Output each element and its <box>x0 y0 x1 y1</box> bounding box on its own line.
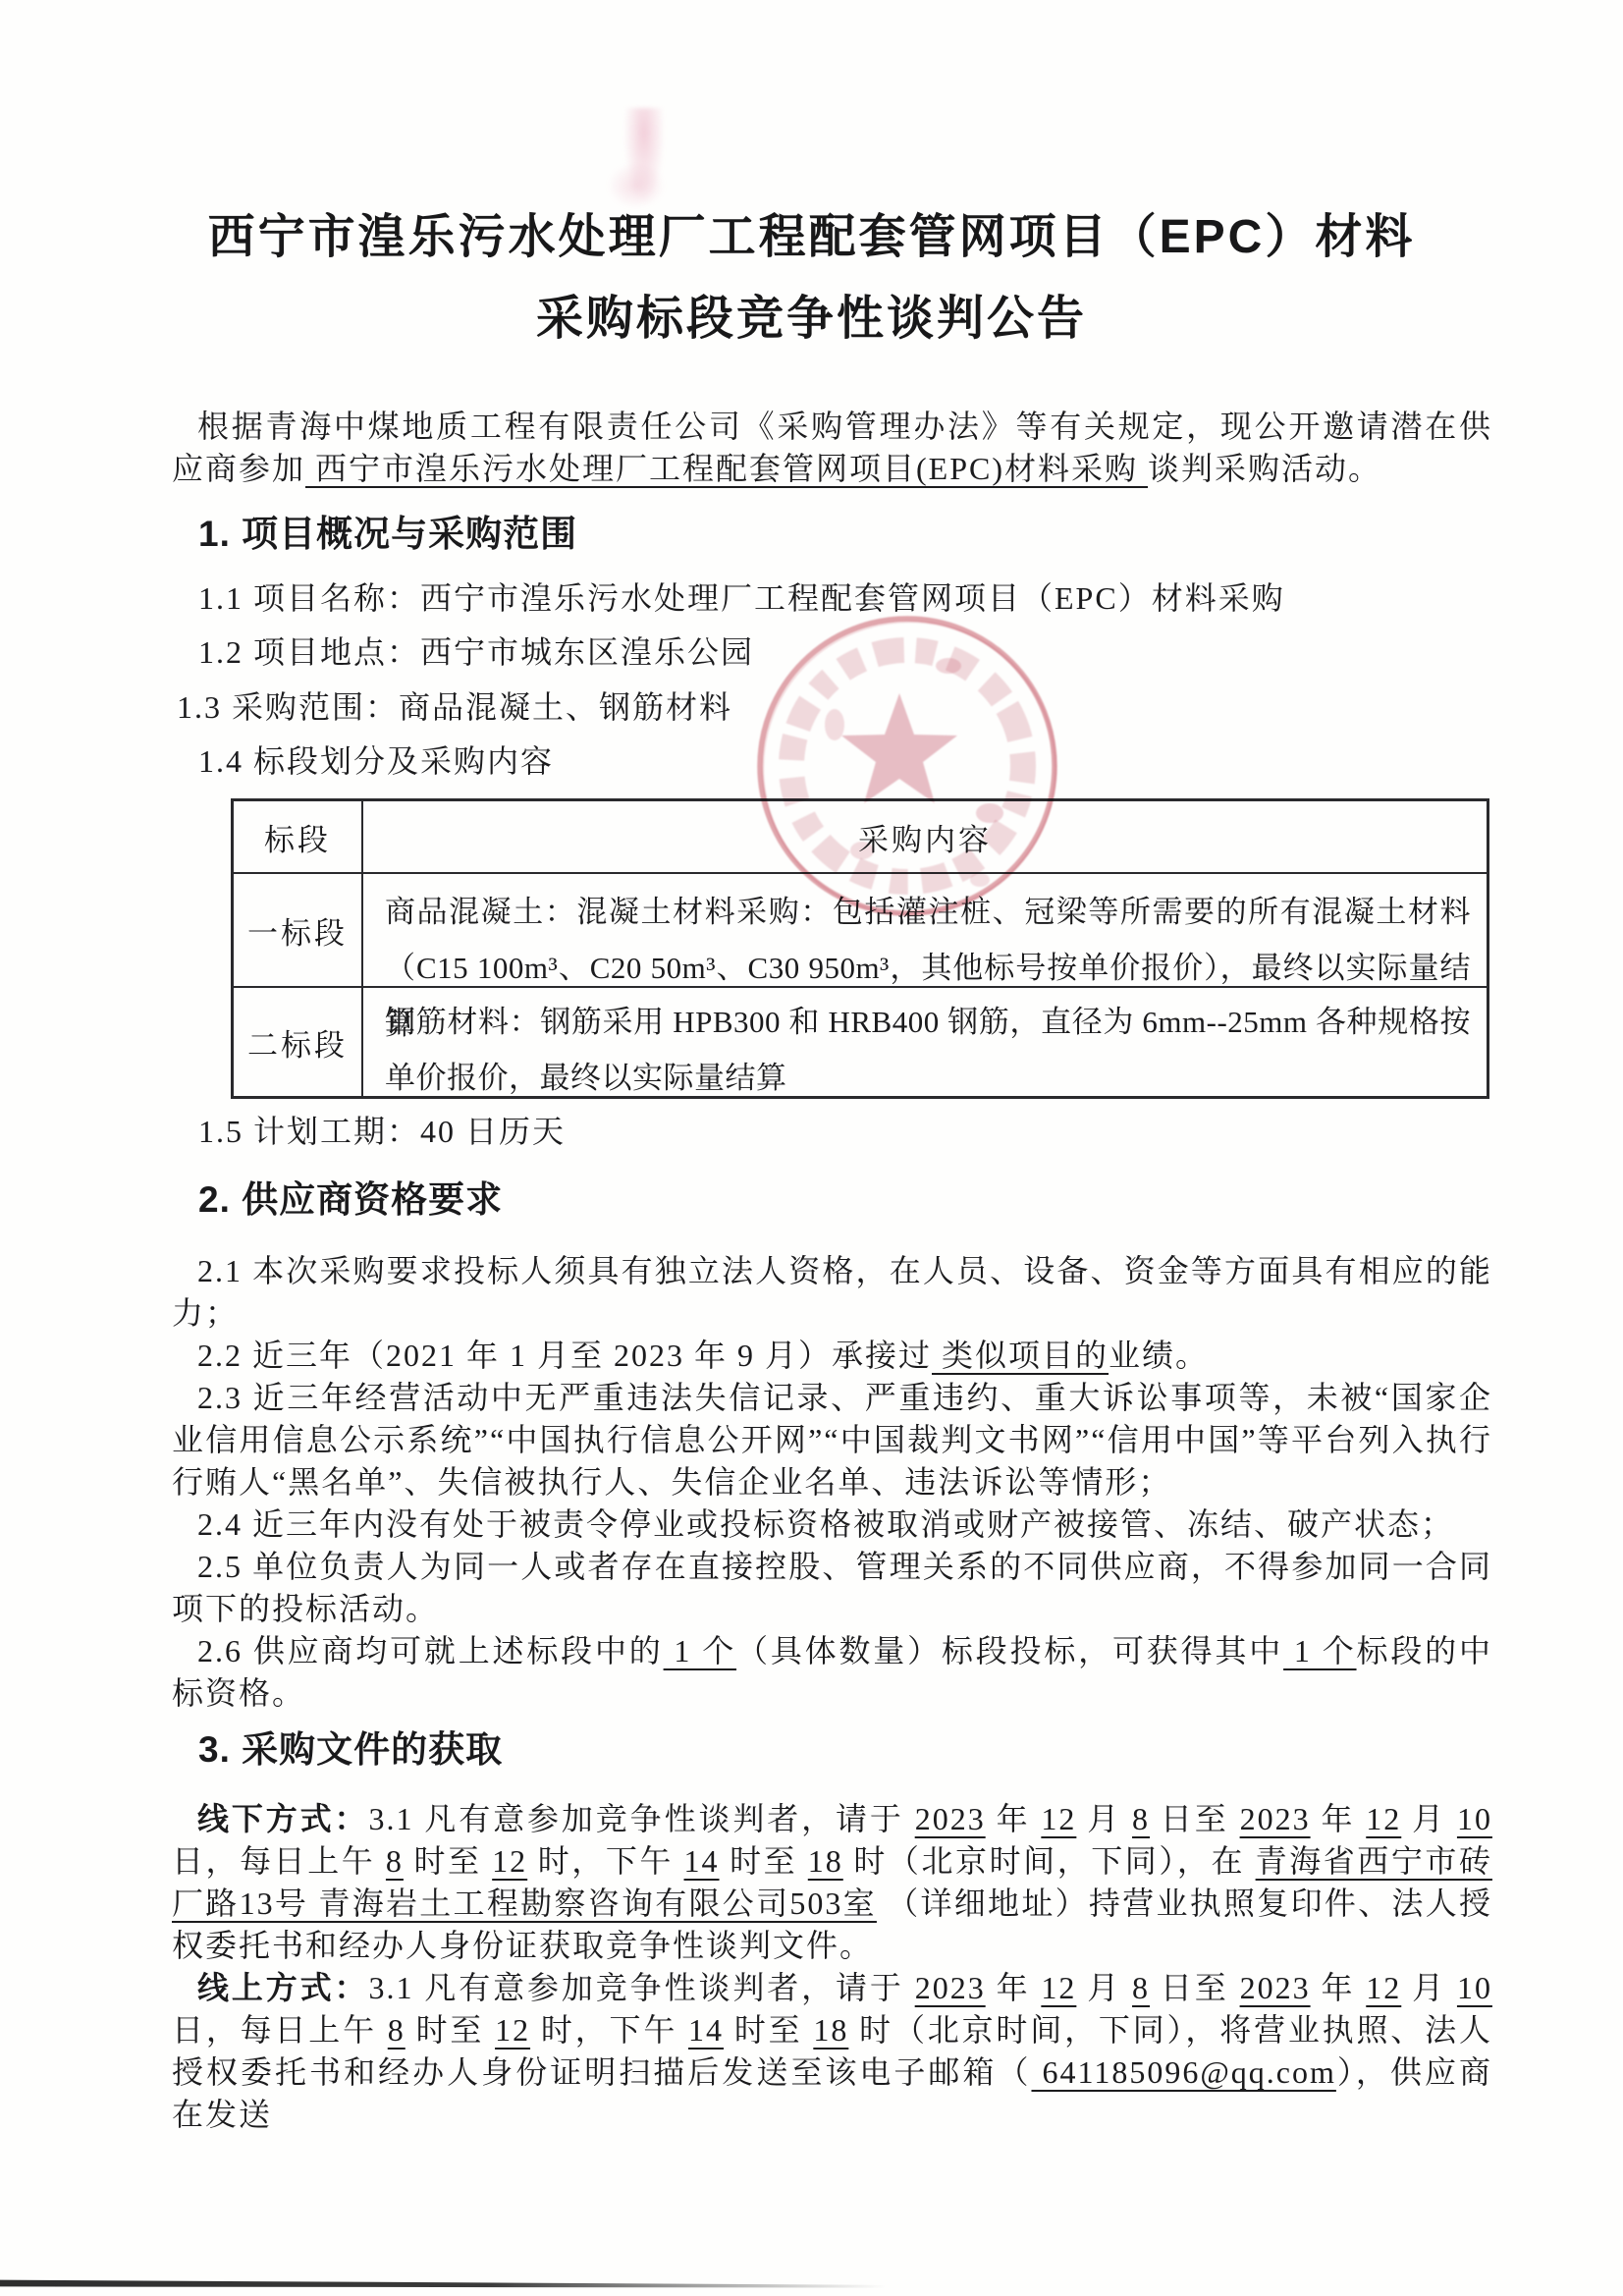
underlined-text: 1 个 <box>664 1633 736 1668</box>
section-2-body: 2.1 本次采购要求投标人须具有独立法人资格，在人员、设备、资金等方面具有相应的… <box>172 1250 1492 1715</box>
text-segment: 月 <box>1076 1801 1132 1836</box>
text-segment: 2.6 供应商均可就上述标段中的 <box>197 1633 664 1668</box>
section-3-heading: 3. 采购文件的获取 <box>172 1727 1492 1773</box>
section-3-body: 线下方式：3.1 凡有意参加竞争性谈判者，请于 2023 年 12 月 8 日至… <box>172 1798 1492 2136</box>
item-project-name: 1.1 项目名称：西宁市湟乐污水处理厂工程配套管网项目（EPC）材料采购 <box>172 577 1492 620</box>
underlined-text: 12 <box>1041 1970 1076 2005</box>
underlined-text: 8 <box>1132 1970 1150 2005</box>
section-1-heading: 1. 项目概况与采购范围 <box>172 512 1492 557</box>
underlined-text: 10 <box>1457 1801 1492 1836</box>
underlined-text: 2023 <box>1240 1970 1311 2005</box>
text-segment: 日，每日上午 <box>172 2012 388 2048</box>
underlined-text: 12 <box>495 2012 530 2048</box>
document-title-line2: 采购标段竞争性谈判公告 <box>0 290 1623 349</box>
text-segment: 线下方式： <box>197 1801 368 1836</box>
text-segment: 日至 <box>1150 1801 1240 1836</box>
text-segment: 时，下午 <box>530 2012 688 2048</box>
text-segment: 月 <box>1076 1970 1132 2005</box>
text-segment: 线上方式： <box>197 1970 368 2005</box>
text-segment: 时（北京时间，下同），在 <box>843 1843 1256 1879</box>
underlined-text: 12 <box>1041 1801 1076 1836</box>
item-lot-division: 1.4 标段划分及采购内容 <box>172 740 1492 783</box>
underlined-text: 2023 <box>1240 1801 1311 1836</box>
pink-ink-smudge <box>622 108 666 206</box>
text-segment: 业绩。 <box>1109 1338 1209 1373</box>
table-header-content: 采购内容 <box>363 801 1487 874</box>
text-segment: 月 <box>1401 1970 1457 2005</box>
qualification-paragraph-2-3: 2.3 近三年经营活动中无严重违法失信记录、严重违约、重大诉讼事项等，未被“国家… <box>172 1377 1492 1503</box>
text-segment: 谈判采购活动。 <box>1148 451 1381 486</box>
qualification-paragraph-2-4: 2.4 近三年内没有处于被责令停业或投标资格被取消或财产被接管、冻结、破产状态； <box>172 1503 1492 1546</box>
underlined-text: 10 <box>1457 1970 1492 2005</box>
text-segment: 时至 <box>724 2012 813 2048</box>
text-segment: 时至 <box>406 2012 495 2048</box>
underlined-text: 14 <box>684 1843 720 1879</box>
underlined-text: 12 <box>1366 1801 1401 1836</box>
underlined-text: 18 <box>813 2012 848 2048</box>
text-segment: 2.4 近三年内没有处于被责令停业或投标资格被取消或财产被接管、冻结、破产状态； <box>197 1506 1454 1542</box>
text-segment: 时，下午 <box>527 1843 683 1879</box>
text-segment: 年 <box>1311 1801 1367 1836</box>
text-segment: 月 <box>1401 1801 1457 1836</box>
text-segment: 年 <box>986 1970 1042 2005</box>
text-segment: 2.2 近三年（2021 年 1 月至 2023 年 9 月）承接过 <box>197 1338 932 1373</box>
lot-1-content: 商品混凝土：混凝土材料采购：包括灌注桩、冠梁等所需要的所有混凝土材料（C15 1… <box>363 874 1487 988</box>
lots-table: 标段 采购内容 一标段 商品混凝土：混凝土材料采购：包括灌注桩、冠梁等所需要的所… <box>231 798 1489 1099</box>
underlined-text: 12 <box>1366 1970 1401 2005</box>
qualification-paragraph-2-6: 2.6 供应商均可就上述标段中的 1 个（具体数量）标段投标，可获得其中 1 个… <box>172 1630 1492 1715</box>
text-segment: 时至 <box>720 1843 808 1879</box>
offline-method-paragraph: 线下方式：3.1 凡有意参加竞争性谈判者，请于 2023 年 12 月 8 日至… <box>172 1798 1492 1967</box>
section-2-heading: 2. 供应商资格要求 <box>172 1177 1492 1223</box>
online-method-paragraph: 线上方式：3.1 凡有意参加竞争性谈判者，请于 2023 年 12 月 8 日至… <box>172 1967 1492 2136</box>
underlined-text: 641185096@qq.com <box>1031 2054 1335 2090</box>
underlined-text: 8 <box>1132 1801 1150 1836</box>
document-title-line1: 西宁市湟乐污水处理厂工程配套管网项目（EPC）材料 <box>0 208 1623 267</box>
underlined-text: 类似项目的 <box>932 1338 1109 1373</box>
underlined-text: 8 <box>388 2012 406 2048</box>
qualification-paragraph-2-2: 2.2 近三年（2021 年 1 月至 2023 年 9 月）承接过 类似项目的… <box>172 1335 1492 1377</box>
qualification-paragraph-2-5: 2.5 单位负责人为同一人或者存在直接控股、管理关系的不同供应商，不得参加同一合… <box>172 1546 1492 1630</box>
lot-2-label: 二标段 <box>234 988 363 1096</box>
text-segment: 日，每日上午 <box>172 1843 386 1879</box>
item-project-location: 1.2 项目地点：西宁市城东区湟乐公园 <box>172 631 1492 674</box>
item-procurement-scope: 1.3 采购范围：商品混凝土、钢筋材料 <box>172 686 1492 729</box>
scan-edge-artifact <box>0 2279 886 2289</box>
underlined-text: 12 <box>492 1843 527 1879</box>
underlined-text: 1 个 <box>1283 1633 1356 1668</box>
lot-1-label: 一标段 <box>234 874 363 988</box>
underlined-text: 西宁市湟乐污水处理厂工程配套管网项目(EPC)材料采购 <box>305 451 1148 486</box>
pink-ink-smudge <box>607 162 666 209</box>
document-page: 西宁市湟乐污水处理厂工程配套管网项目（EPC）材料 采购标段竞争性谈判公告 根据… <box>0 0 1623 2296</box>
text-segment: 日至 <box>1150 1970 1240 2005</box>
text-segment: 2.5 单位负责人为同一人或者存在直接控股、管理关系的不同供应商，不得参加同一合… <box>172 1549 1492 1626</box>
intro-paragraph: 根据青海中煤地质工程有限责任公司《采购管理办法》等有关规定，现公开邀请潜在供应商… <box>172 406 1492 490</box>
text-segment: （具体数量）标段投标，可获得其中 <box>736 1633 1283 1668</box>
text-segment: 3.1 凡有意参加竞争性谈判者，请于 <box>368 1970 914 2005</box>
underlined-text: 14 <box>688 2012 724 2048</box>
qualification-paragraph-2-1: 2.1 本次采购要求投标人须具有独立法人资格，在人员、设备、资金等方面具有相应的… <box>172 1250 1492 1335</box>
underlined-text: 18 <box>808 1843 843 1879</box>
underlined-text: 8 <box>386 1843 404 1879</box>
item-planned-duration: 1.5 计划工期：40 日历天 <box>172 1111 1492 1153</box>
table-header-lot: 标段 <box>234 801 363 874</box>
underlined-text: 2023 <box>915 1970 986 2005</box>
text-segment: 时至 <box>404 1843 492 1879</box>
underlined-text: 2023 <box>915 1801 986 1836</box>
text-segment: 2.1 本次采购要求投标人须具有独立法人资格，在人员、设备、资金等方面具有相应的… <box>172 1253 1492 1331</box>
text-segment: 年 <box>986 1801 1042 1836</box>
text-segment: 年 <box>1311 1970 1367 2005</box>
text-segment: 2.3 近三年经营活动中无严重违法失信记录、严重违约、重大诉讼事项等，未被“国家… <box>172 1380 1492 1500</box>
text-segment: 3.1 凡有意参加竞争性谈判者，请于 <box>368 1801 914 1836</box>
lot-2-content: 钢筋材料：钢筋采用 HPB300 和 HRB400 钢筋，直径为 6mm--25… <box>363 988 1487 1096</box>
